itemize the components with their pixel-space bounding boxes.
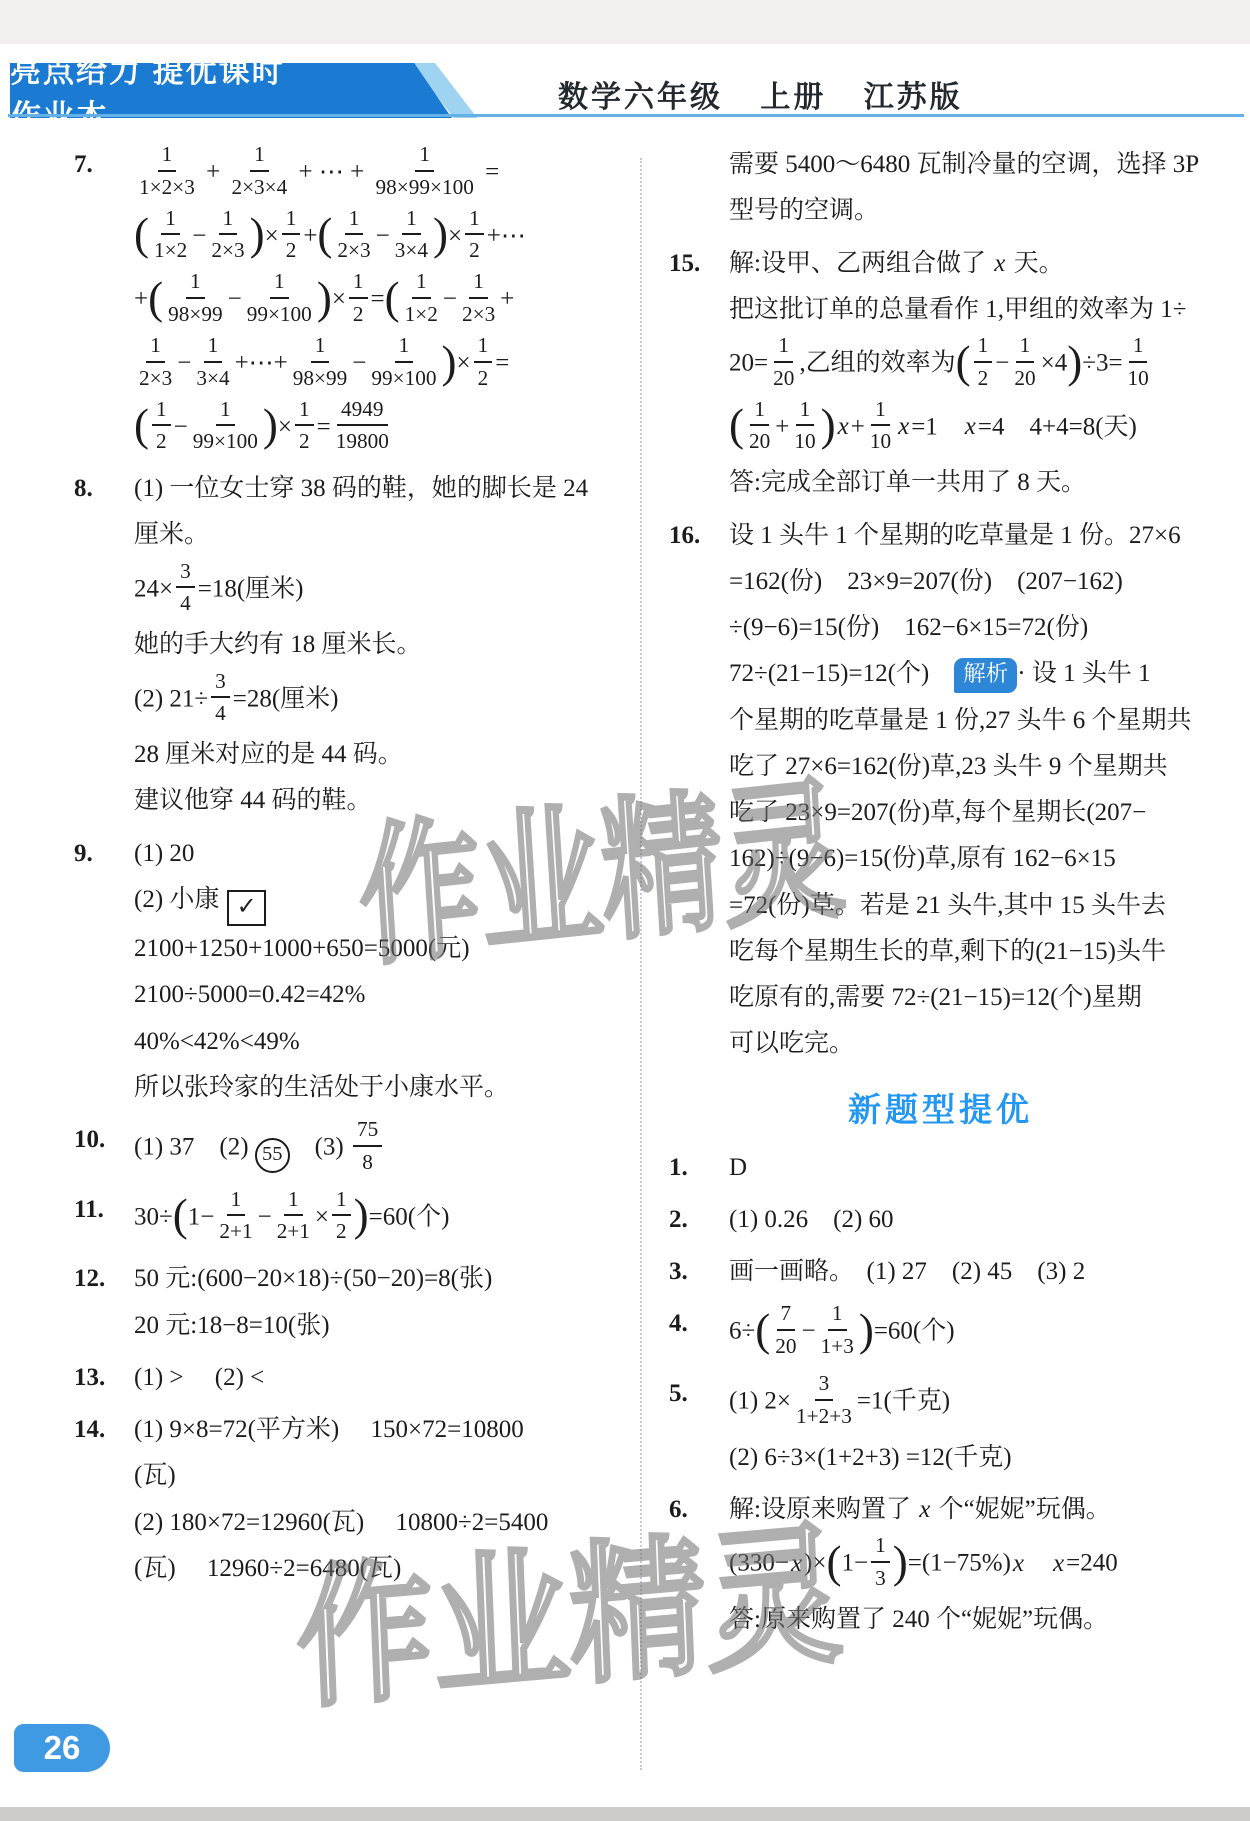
fraction-numerator: 1 [186,266,205,299]
fraction-denominator: 1×2 [152,235,189,266]
fraction-denominator: 2×3 [335,235,372,266]
text-run: × [265,222,279,249]
fraction-denominator: 2 [467,235,482,266]
answer-item: 9.(1) 20(2) 小康✓2100+1250+1000+650=5000(元… [58,831,630,1111]
item-content: (1) 37 (2) 55 (3) 758 [134,1117,630,1181]
fraction-numerator: 1 [750,394,769,427]
fraction-numerator: 1 [415,139,434,172]
answer-line: 72÷(21−15)=12(个) 解析· 设 1 头牛 1 [729,651,1228,697]
answer-line: =72(份)草。若是 21 头牛,其中 15 头牛去 [729,883,1228,929]
answer-line: (瓦) [134,1453,630,1499]
text-run: (1) 2× [729,1387,791,1414]
text-run: (瓦) 12960÷2=6480(瓦) [134,1555,401,1582]
answer-line: 解:设原来购置了 x 个“妮妮”玩偶。 [729,1487,1228,1533]
answer-line: 所以张玲家的生活处于小康水平。 [134,1065,630,1111]
fraction-numerator: 1 [828,1298,847,1331]
answer-line: 吃每个星期生长的草,剩下的(21−15)头牛 [729,929,1228,975]
fraction-denominator: 2×3 [460,299,497,330]
text-run: 所以张玲家的生活处于小康水平。 [134,1074,509,1101]
fraction-denominator: 98×99 [166,299,224,330]
fraction: 11×2×3 [137,139,197,203]
item-number: 10. [58,1117,134,1181]
text-run: 2100+1250+1000+650=5000(元) [134,935,470,962]
answer-item: 14.(1) 9×8=72(平方米) 150×72=10800(瓦)(2) 18… [58,1407,630,1592]
fraction: 11×2 [403,266,440,330]
analysis-badge: 解析 [954,658,1017,693]
item-content: (1) 一位女士穿 38 码的鞋，她的脚长是 24厘米。24×34=18(厘米)… [134,466,630,825]
fraction-denominator: 20 [771,363,796,394]
fraction-numerator: 1 [412,266,431,299]
answer-line: +(198×99−199×100)×12=(11×2−12×3+ [134,269,630,333]
text-run: =1(千克) [857,1387,950,1414]
item-number [653,142,729,235]
fraction-numerator: 3 [211,666,230,699]
answer-line: (2) 21÷34=28(厘米) [134,669,630,733]
fraction-denominator: 99×100 [245,299,314,330]
text-run: (2) 6÷3×(1+2+3) =12(千克) [729,1444,1012,1471]
fraction: 13 [871,1530,890,1594]
fraction: 120 [747,394,772,458]
text-run: 天。 [1007,250,1063,277]
fraction-numerator: 1 [395,330,414,363]
answer-line: ÷(9−6)=15(份) 162−6×15=72(份) [729,605,1228,651]
text-run: =4 4+4=8(天) [978,413,1137,440]
answer-item: 4.6÷(720−11+3)=60(个) [653,1301,1228,1365]
text-run: − [228,286,242,313]
text-run: − [174,413,188,440]
answer-item: 1.D [653,1145,1228,1191]
fraction-denominator: 20 [1012,363,1037,394]
fraction-denominator: 2 [284,235,299,266]
subject-grade: 数学六年级 [558,81,723,114]
item-number: 8. [58,466,134,825]
text-run: ÷(9−6)=15(份) 162−6×15=72(份) [729,614,1088,641]
fraction-numerator: 1 [204,330,223,363]
fraction-denominator: 98×99×100 [374,172,476,203]
fraction: 12×3 [209,203,246,267]
item-content: 30÷(1−12+1−12+1×12)=60(个) [134,1187,630,1251]
fraction: 120 [1012,330,1037,394]
fraction-numerator: 1 [250,139,269,172]
fraction-denominator: 10 [1126,363,1151,394]
text-run: 个“妮妮”玩偶。 [932,1496,1110,1523]
fraction: 198×99 [291,330,349,394]
item-content: D [729,1145,1228,1191]
fraction-numerator: 1 [469,266,488,299]
answer-line: 12×3−13×4+⋯+198×99−199×100)×12= [134,333,630,397]
item-content: (1) > (2) < [134,1355,630,1401]
answer-item: 13.(1) > (2) < [58,1355,630,1401]
text-run: 1− [188,1203,215,1230]
text-run: 答:原来购置了 240 个“妮妮”玩偶。 [729,1606,1108,1633]
fraction: 12+1 [217,1184,254,1248]
answer-line: 答:完成全部订单一共用了 8 天。 [729,460,1228,506]
answer-item: 16.设 1 头牛 1 个星期的吃草量是 1 份。27×6=162(份) 23×… [653,513,1228,1068]
text-run: 厘米。 [134,521,209,548]
answer-line: 需要 5400～6480 瓦制冷量的空调，选择 3P [729,142,1228,188]
text-run: 吃了 23×9=207(份)草,每个星期长(207− [729,799,1146,826]
fraction-numerator: 1 [161,203,180,236]
math-variable: x [836,413,851,440]
text-run: =(1−75%) [908,1550,1011,1577]
fraction-denominator: 8 [360,1147,375,1178]
fraction-numerator: 1 [474,330,493,363]
fraction-numerator: 1 [270,266,289,299]
answer-item: 6.解:设原来购置了 x 个“妮妮”玩偶。(330−x)×(1−13)=(1−7… [653,1487,1228,1643]
fraction-denominator: 1×2×3 [137,172,197,203]
text-run: 画一画略。 (1) 27 (2) 45 (3) 2 [729,1258,1085,1285]
answer-line: 50 元:(600−20×18)÷(50−20)=8(张) [134,1256,630,1302]
math-variable: x [917,1496,932,1523]
scan-top-strip [0,0,1250,44]
text-run: (2) 小康 [134,886,219,913]
fraction-numerator: 1 [974,330,993,363]
text-run [1026,1550,1051,1577]
text-run: 吃每个星期生长的草,剩下的(21−15)头牛 [729,938,1166,965]
fraction-numerator: 75 [353,1114,382,1147]
text-run: 她的手大约有 18 厘米长。 [134,631,422,658]
header-rule [8,114,1244,117]
answer-line: (120+110)x+110x=1 x=4 4+4=8(天) [729,397,1228,461]
fraction-numerator: 1 [465,203,484,236]
fraction: 12 [152,394,171,458]
text-run: ÷3= [1082,350,1122,377]
text-run: =162(份) 23×9=207(份) (207−162) [729,568,1123,595]
text-run: + [851,413,865,440]
answer-line: 可以吃完。 [729,1021,1228,1067]
fraction-numerator: 1 [345,203,364,236]
math-variable: x [789,1550,804,1577]
fraction-denominator: 4 [178,588,193,619]
fraction-denominator: 1+3 [819,1331,856,1362]
answer-item: 8.(1) 一位女士穿 38 码的鞋，她的脚长是 24厘米。24×34=18(厘… [58,466,630,825]
answer-line: D [729,1145,1228,1191]
fraction-numerator: 4949 [337,394,388,427]
section-heading: 新题型提优 [653,1084,1228,1131]
text-run: ×4 [1041,350,1068,377]
text-run: − [443,286,457,313]
text-run: + ⋯ + [292,159,370,186]
text-run: 20 元:18−8=10(张) [134,1312,330,1339]
answer-line: (330−x)×(1−13)=(1−75%)x x=240 [729,1533,1228,1597]
text-run: = [371,286,385,313]
item-number: 1. [653,1145,729,1191]
fraction: 12×3 [460,266,497,330]
fraction-numerator: 7 [777,1298,796,1331]
text-run: × [278,413,292,440]
fraction-denominator: 2+1 [275,1216,312,1247]
text-run: =28(厘米) [233,685,339,712]
fraction: 12 [465,203,484,267]
item-number: 12. [58,1256,134,1349]
text-run: 解:设甲、乙两组合做了 [729,250,992,277]
right-column: 需要 5400～6480 瓦制冷量的空调，选择 3P型号的空调。15.解:设甲、… [653,142,1228,1649]
text-run: )× [804,1550,826,1577]
answer-line: 设 1 头牛 1 个星期的吃草量是 1 份。27×6 [729,513,1228,559]
text-run: (1) 一位女士穿 38 码的鞋，她的脚长是 24 [134,475,588,502]
answer-item: 11.30÷(1−12+1−12+1×12)=60(个) [58,1187,630,1251]
text-run: 50 元:(600−20×18)÷(50−20)=8(张) [134,1265,492,1292]
fraction-denominator: 2×3 [209,235,246,266]
text-run: D [729,1154,747,1181]
fraction: 12 [282,203,301,267]
answer-item: 2.(1) 0.26 (2) 60 [653,1197,1228,1243]
item-number: 11. [58,1187,134,1251]
fraction-denominator: 3×4 [393,235,430,266]
checkbox-checked-icon: ✓ [227,890,265,926]
item-content: (1) 20(2) 小康✓2100+1250+1000+650=5000(元)2… [134,831,630,1111]
answer-line: 2100÷5000=0.42=42% [134,972,630,1018]
item-number: 2. [653,1197,729,1243]
text-run: 需要 5400～6480 瓦制冷量的空调，选择 3P [729,151,1199,178]
fraction-numerator: 1 [402,203,421,236]
series-badge: 亮点给力 提优课时作业本 [10,63,480,118]
answer-line: 她的手大约有 18 厘米长。 [134,622,630,668]
text-run: − [192,222,206,249]
fraction: 120 [771,330,796,394]
text-run: =240 [1066,1550,1118,1577]
answer-line: 2100+1250+1000+650=5000(元) [134,926,630,972]
text-run: (1) 37 (2) [134,1134,255,1161]
answer-item: 7.11×2×3 + 12×3×4 + ⋯ + 198×99×100 =(11×… [58,142,630,460]
item-number: 15. [653,241,729,507]
fraction: 199×100 [191,394,260,458]
fraction-numerator: 1 [1016,330,1035,363]
text-run: × [332,286,346,313]
fraction-numerator: 1 [311,330,330,363]
circled-number: 55 [255,1138,290,1173]
fraction: 110 [868,394,893,458]
answer-line: (1) 2×31+2+3=1(千克) [729,1371,1228,1435]
answer-line: (瓦) 12960÷2=6480(瓦) [134,1546,630,1592]
fraction: 12 [474,330,493,394]
item-number: 9. [58,831,134,1111]
fraction-denominator: 2 [154,426,169,457]
text-run: 个星期的吃草量是 1 份,27 头牛 6 个星期共 [729,707,1192,734]
text-run: ,乙组的效率为 [799,350,955,377]
fraction: 34 [176,556,195,620]
math-variable: x [992,250,1007,277]
fraction: 199×100 [369,330,438,394]
fraction: 110 [792,394,817,458]
text-run: 吃原有的,需要 72÷(21−15)=12(个)星期 [729,984,1142,1011]
text-run: 型号的空调。 [729,197,879,224]
fraction-denominator: 2 [334,1216,349,1247]
fraction-numerator: 1 [282,203,301,236]
left-column: 7.11×2×3 + 12×3×4 + ⋯ + 198×99×100 =(11×… [58,142,630,1598]
math-variable: x [1051,1550,1066,1577]
fraction: 494919800 [334,394,391,458]
answer-line: 20=120,乙组的效率为(12−120×4)÷3=110 [729,333,1228,397]
text-run: 建议他穿 44 码的鞋。 [134,787,372,814]
answer-line: 吃了 27×6=162(份)草,23 头牛 9 个星期共 [729,744,1228,790]
fraction-numerator: 1 [219,203,238,236]
text-run: 吃了 27×6=162(份)草,23 头牛 9 个星期共 [729,753,1168,780]
text-run: + [500,286,514,313]
text-run: +⋯+ [235,349,288,376]
subject-volume: 上册 [760,81,826,114]
column-divider [640,158,642,1770]
text-run: =60(个) [874,1318,955,1345]
fraction-denominator: 10 [868,426,893,457]
text-run: − [352,349,366,376]
text-run: × [315,1203,329,1230]
answer-item: 3.画一画略。 (1) 27 (2) 45 (3) 2 [653,1249,1228,1295]
text-run: 162)÷(9−6)=15(份)草,原有 162−6×15 [729,845,1116,872]
answer-line: 画一画略。 (1) 27 (2) 45 (3) 2 [729,1249,1228,1295]
text-run: − [801,1318,815,1345]
answer-line: 28 厘米对应的是 44 码。 [134,732,630,778]
fraction: 110 [1126,330,1151,394]
fraction: 13×4 [393,203,430,267]
item-number: 16. [653,513,729,1068]
item-content: 6÷(720−11+3)=60(个) [729,1301,1228,1365]
fraction-denominator: 99×100 [369,363,438,394]
text-run: (1) > (2) < [134,1364,264,1391]
text-run: · 设 1 头牛 1 [1017,660,1150,687]
text-run: = [495,349,509,376]
fraction: 12+1 [275,1184,312,1248]
fraction: 11×2 [152,203,189,267]
fraction: 34 [211,666,230,730]
text-run: + [134,286,148,313]
fraction-numerator: 1 [349,266,368,299]
fraction-numerator: 1 [158,139,177,172]
text-run: + [303,222,317,249]
text-run: 40%<42%<49% [134,1028,300,1055]
text-run: =1 [911,413,963,440]
fraction: 12 [974,330,993,394]
text-run: − [177,349,191,376]
fraction-numerator: 1 [871,394,890,427]
header-subject: 数学六年级 上册 江苏版 [558,72,989,116]
text-run: +⋯ [487,222,526,249]
fraction-numerator: 3 [815,1368,834,1401]
item-number: 6. [653,1487,729,1643]
answer-line: 个星期的吃草量是 1 份,27 头牛 6 个星期共 [729,698,1228,744]
item-number: 14. [58,1407,134,1592]
answer-line: 吃原有的,需要 72÷(21−15)=12(个)星期 [729,975,1228,1021]
answer-line: 吃了 23×9=207(份)草,每个星期长(207− [729,790,1228,836]
text-run: =60(个) [369,1203,450,1230]
text-run: 可以吃完。 [729,1030,854,1057]
item-content: (1) 2×31+2+3=1(千克)(2) 6÷3×(1+2+3) =12(千克… [729,1371,1228,1481]
subject-edition: 江苏版 [864,81,963,114]
fraction-numerator: 1 [774,330,793,363]
text-run: 解:设原来购置了 [729,1496,917,1523]
text-run: = [479,159,499,186]
answer-line: (1) > (2) < [134,1355,630,1401]
fraction-numerator: 1 [284,1184,303,1217]
text-run: =72(份)草。若是 21 头牛,其中 15 头牛去 [729,892,1166,919]
fraction-denominator: 2 [476,363,491,394]
fraction-numerator: 1 [796,394,815,427]
item-content: 需要 5400～6480 瓦制冷量的空调，选择 3P型号的空调。 [729,142,1228,235]
fraction-numerator: 1 [332,1184,351,1217]
text-run: (330− [729,1550,789,1577]
fraction: 199×100 [245,266,314,330]
answer-item: 12.50 元:(600−20×18)÷(50−20)=8(张)20 元:18−… [58,1256,630,1349]
fraction-denominator: 19800 [334,426,391,457]
fraction: 13×4 [194,330,231,394]
fraction-numerator: 1 [152,394,171,427]
text-run: 72÷(21−15)=12(个) [729,660,954,687]
fraction-denominator: 10 [792,426,817,457]
text-run: 20= [729,350,768,377]
text-run: =18(厘米) [198,575,304,602]
fraction-denominator: 20 [773,1331,798,1362]
answer-line: (1) 37 (2) 55 (3) 758 [134,1117,630,1181]
item-content: 11×2×3 + 12×3×4 + ⋯ + 198×99×100 =(11×2−… [134,142,630,460]
text-run: 6÷ [729,1318,755,1345]
fraction-denominator: 3×4 [194,363,231,394]
page-number-pill: 26 [14,1724,110,1772]
fraction: 198×99×100 [374,139,476,203]
fraction-numerator: 1 [216,394,235,427]
answer-line: (11×2−12×3)×12+(12×3−13×4)×12+⋯ [134,206,630,270]
fraction: 758 [353,1114,382,1178]
text-run: (1) 0.26 (2) 60 [729,1206,894,1233]
item-number: 7. [58,142,134,460]
item-content: 设 1 头牛 1 个星期的吃草量是 1 份。27×6=162(份) 23×9=2… [729,513,1228,1068]
item-content: 解:设原来购置了 x 个“妮妮”玩偶。(330−x)×(1−13)=(1−75%… [729,1487,1228,1643]
fraction-denominator: 2 [976,363,991,394]
text-run: 28 厘米对应的是 44 码。 [134,741,403,768]
answer-item: 15.解:设甲、乙两组合做了 x 天。把这批订单的总量看作 1,甲组的效率为 1… [653,241,1228,507]
fraction-denominator: 4 [213,698,228,729]
answer-line: 40%<42%<49% [134,1019,630,1065]
math-variable: x [963,413,978,440]
item-content: 画一画略。 (1) 27 (2) 45 (3) 2 [729,1249,1228,1295]
fraction: 720 [773,1298,798,1362]
text-run: − [995,350,1009,377]
item-content: 解:设甲、乙两组合做了 x 天。把这批订单的总量看作 1,甲组的效率为 1÷20… [729,241,1228,507]
scan-bottom-strip [0,1807,1250,1821]
text-run: 答:完成全部订单一共用了 8 天。 [729,469,1086,496]
answer-line: 答:原来购置了 240 个“妮妮”玩偶。 [729,1597,1228,1643]
answer-line: 解:设甲、乙两组合做了 x 天。 [729,241,1228,287]
fraction-numerator: 1 [1129,330,1148,363]
fraction: 198×99 [166,266,224,330]
text-run: (3) [290,1134,350,1161]
fraction-denominator: 98×99 [291,363,349,394]
answer-item: 需要 5400～6480 瓦制冷量的空调，选择 3P型号的空调。 [653,142,1228,235]
answer-line: 24×34=18(厘米) [134,559,630,623]
fraction-denominator: 2×3×4 [229,172,289,203]
answer-line: (1) 0.26 (2) 60 [729,1197,1228,1243]
text-run: (2) 21÷ [134,685,208,712]
answer-line: 厘米。 [134,512,630,558]
item-content: (1) 0.26 (2) 60 [729,1197,1228,1243]
fraction: 12 [332,1184,351,1248]
answer-line: 型号的空调。 [729,188,1228,234]
math-variable: x [1011,1550,1026,1577]
text-run: (瓦) [134,1462,176,1489]
fraction-denominator: 2+1 [217,1216,254,1247]
text-run: × [456,349,470,376]
fraction-denominator: 3 [873,1563,888,1594]
text-run: (1) 20 [134,840,194,867]
fraction-denominator: 1×2 [403,299,440,330]
answer-line: 建议他穿 44 码的鞋。 [134,778,630,824]
text-run: (1) 9×8=72(平方米) 150×72=10800 [134,1416,524,1443]
fraction-denominator: 99×100 [191,426,260,457]
answer-line: (2) 180×72=12960(瓦) 10800÷2=5400 [134,1500,630,1546]
text-run: 把这批订单的总量看作 1,甲组的效率为 1÷ [729,296,1186,323]
text-run: 2100÷5000=0.42=42% [134,981,366,1008]
fraction-denominator: 2 [351,299,366,330]
fraction-denominator: 2×3 [137,363,174,394]
